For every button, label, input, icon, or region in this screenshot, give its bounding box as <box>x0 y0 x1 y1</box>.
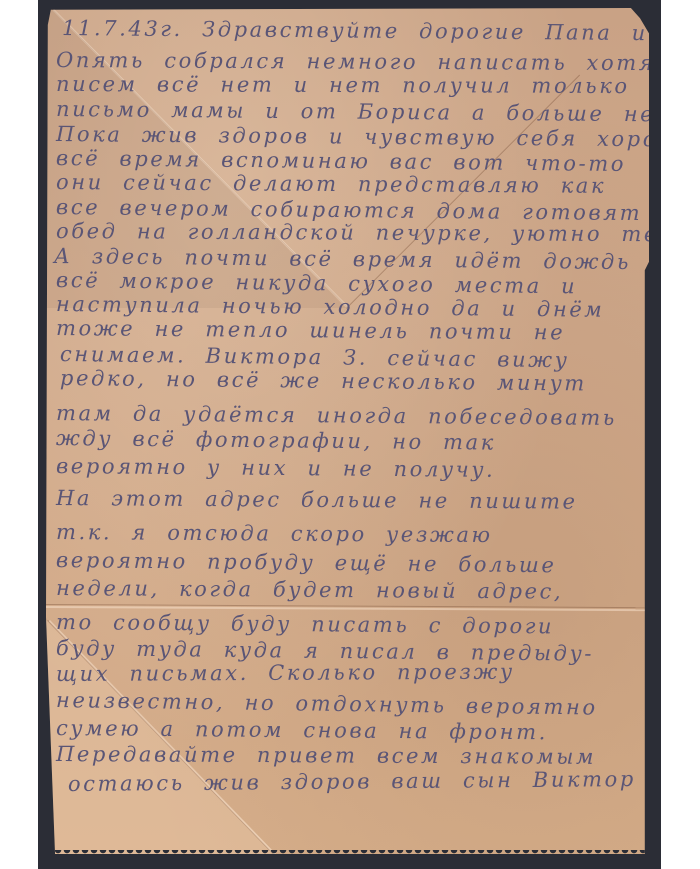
letter-line: т.к. я отсюда скоро уезжаю <box>56 520 493 547</box>
handwritten-letter-text: 11.7.43г. Здравствуйте дорогие Папа и Ма… <box>46 8 649 854</box>
letter-line: жду всё фотографии, но так <box>56 426 496 455</box>
letter-line: 11.7.43г. Здравствуйте дорогие Папа и Ма… <box>62 16 700 46</box>
letter-line: Передавайте привет всем знакомым <box>56 742 596 769</box>
letter-line: На этот адрес больше не пишите <box>56 486 578 514</box>
letter-line: остаюсь жив здоров ваш сын Виктор <box>68 767 636 796</box>
letter-line: неизвестно, но отдохнуть вероятно <box>56 688 598 720</box>
letter-line: тоже не тепло шинель почти не <box>56 316 565 344</box>
letter-line: там да удаётся иногда побеседовать <box>56 401 617 430</box>
letter-paper: 11.7.43г. Здравствуйте дорогие Папа и Ма… <box>46 8 649 854</box>
letter-line: обед на голландской печурке, уютно тепло… <box>56 219 700 246</box>
letter-line: недели, когда будет новый адрес, <box>56 576 563 604</box>
letter-line: вероятно у них и не получу. <box>56 454 496 482</box>
letter-line: редко, но всё же несколько минут <box>60 366 587 396</box>
letter-line: щих письмах. Сколько проезжу <box>56 660 515 686</box>
letter-line: то сообщу буду писать с дороги <box>56 610 554 638</box>
letter-line: они сейчас делают представляю как <box>56 170 606 198</box>
letter-line: сумею а потом снова на фронт. <box>56 716 548 744</box>
letter-line: писем всё нет и нет получил только одно <box>56 72 700 98</box>
letter-line: вероятно пробуду ещё не больше <box>56 548 557 577</box>
